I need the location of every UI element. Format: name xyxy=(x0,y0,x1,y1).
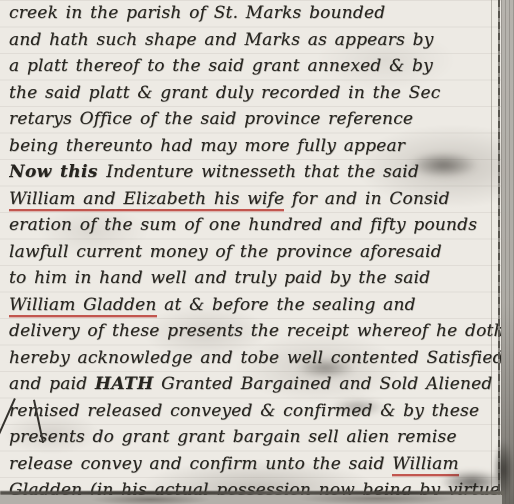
manuscript-line: Now this Indenture witnesseth that the s… xyxy=(9,159,501,186)
manuscript-text: to him in hand well and truly paid by th… xyxy=(9,268,430,288)
manuscript-text: and paid xyxy=(9,374,95,394)
manuscript-text: hereby acknowledge and tobe well content… xyxy=(9,348,501,368)
manuscript-text: for and in Consid xyxy=(284,189,449,209)
manuscript-text: a platt thereof to the said grant annexe… xyxy=(9,56,433,76)
manuscript-text: being thereunto had may more fully appea… xyxy=(9,136,405,156)
manuscript-text: eration of the sum of one hundred and fi… xyxy=(9,215,477,235)
manuscript-line: a platt thereof to the said grant annexe… xyxy=(9,53,501,80)
bottom-scan-band xyxy=(0,495,502,504)
margin-rule-light xyxy=(491,0,492,504)
manuscript-line: presents do grant grant bargain sell ali… xyxy=(9,424,501,451)
manuscript-text: HATH xyxy=(95,374,154,394)
red-underlined-name: William Gladden xyxy=(9,295,157,317)
manuscript-text: delivery of these presents the receipt w… xyxy=(9,321,501,341)
manuscript-line: creek in the parish of St. Marks bounded xyxy=(9,0,501,27)
manuscript-page: creek in the parish of St. Marks bounded… xyxy=(0,0,514,504)
page-edge-shadow xyxy=(501,0,514,504)
manuscript-line: the said platt & grant duly recorded in … xyxy=(9,80,501,107)
manuscript-text: at & before the sealing and xyxy=(157,295,416,315)
manuscript-text: presents do grant grant bargain sell ali… xyxy=(9,427,457,447)
red-underlined-name: William xyxy=(392,454,459,476)
manuscript-line: eration of the sum of one hundred and fi… xyxy=(9,212,501,239)
manuscript-text: creek in the parish of St. Marks bounded xyxy=(9,3,385,23)
manuscript-text: lawfull current money of the province af… xyxy=(9,242,442,262)
red-underlined-name: William and Elizabeth his wife xyxy=(9,189,284,211)
manuscript-lines: creek in the parish of St. Marks bounded… xyxy=(9,0,501,504)
manuscript-line: delivery of these presents the receipt w… xyxy=(9,318,501,345)
manuscript-line: release convey and confirm unto the said… xyxy=(9,451,501,478)
margin-rule-dark xyxy=(498,0,500,504)
manuscript-text: Granted Bargained and Sold Aliened xyxy=(154,374,493,394)
manuscript-line: hereby acknowledge and tobe well content… xyxy=(9,345,501,372)
manuscript-text: Now this xyxy=(9,162,106,182)
manuscript-line: William and Elizabeth his wife for and i… xyxy=(9,186,501,213)
manuscript-line: and paid HATH Granted Bargained and Sold… xyxy=(9,371,501,398)
manuscript-text: retarys Office of the said province refe… xyxy=(9,109,413,129)
manuscript-line: remised released conveyed & confirmed & … xyxy=(9,398,501,425)
manuscript-text: release convey and confirm unto the said xyxy=(9,454,392,474)
manuscript-line: William Gladden at & before the sealing … xyxy=(9,292,501,319)
manuscript-line: to him in hand well and truly paid by th… xyxy=(9,265,501,292)
manuscript-line: lawfull current money of the province af… xyxy=(9,239,501,266)
manuscript-text: and hath such shape and Marks as appears… xyxy=(9,30,434,50)
manuscript-line: being thereunto had may more fully appea… xyxy=(9,133,501,160)
manuscript-text: the said platt & grant duly recorded in … xyxy=(9,83,440,103)
manuscript-text: remised released conveyed & confirmed & … xyxy=(9,401,479,421)
manuscript-line: and hath such shape and Marks as appears… xyxy=(9,27,501,54)
manuscript-text: Indenture witnesseth that the said xyxy=(106,162,419,182)
manuscript-line: retarys Office of the said province refe… xyxy=(9,106,501,133)
